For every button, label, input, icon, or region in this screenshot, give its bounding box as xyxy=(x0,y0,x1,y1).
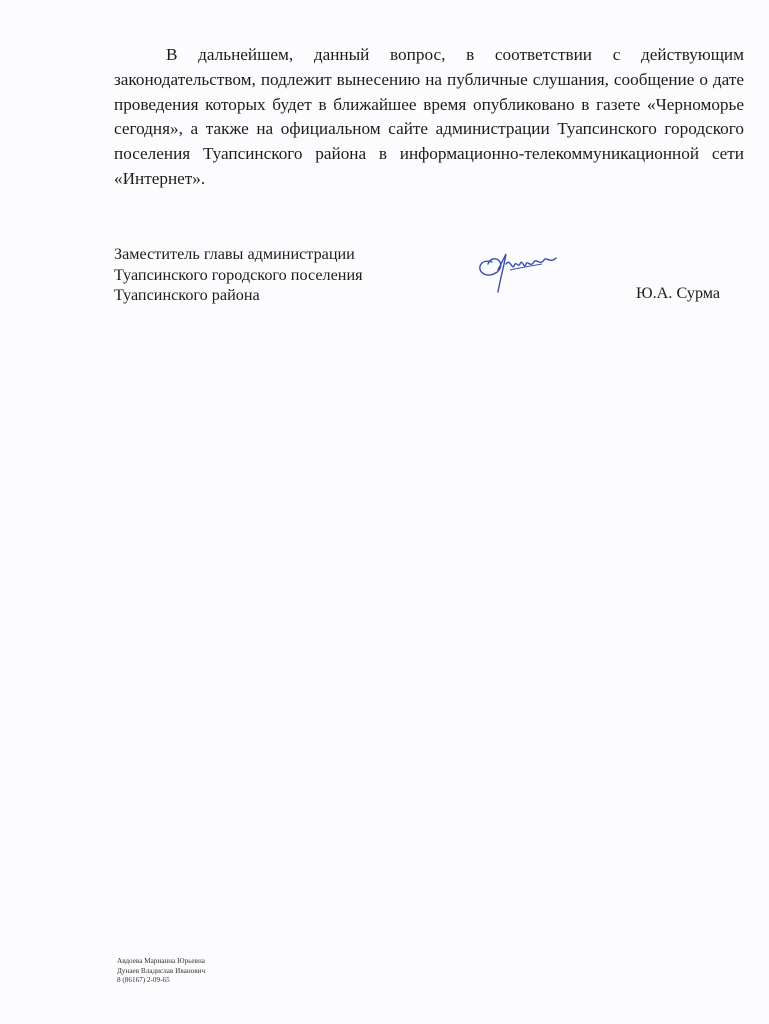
signatory-title-line: Туапсинского района xyxy=(114,285,363,306)
footer-line: Дунаев Владислав Иванович xyxy=(117,967,205,977)
footer-line: Авдоева Марианна Юрьевна xyxy=(117,957,205,967)
signatory-name: Ю.А. Сурма xyxy=(636,284,720,303)
signatory-title-line: Туапсинского городского поселения xyxy=(114,265,363,286)
signature-icon xyxy=(470,240,570,300)
main-paragraph: В дальнейшем, данный вопрос, в соответст… xyxy=(114,43,744,192)
body-text: В дальнейшем, данный вопрос, в соответст… xyxy=(114,43,744,192)
footer-phone: 8 (86167) 2-09-65 xyxy=(117,976,205,986)
executor-footer: Авдоева Марианна Юрьевна Дунаев Владисла… xyxy=(117,957,205,986)
signatory-title: Заместитель главы администрации Туапсинс… xyxy=(114,244,363,306)
document-page: В дальнейшем, данный вопрос, в соответст… xyxy=(0,0,769,1024)
signatory-title-line: Заместитель главы администрации xyxy=(114,244,363,265)
